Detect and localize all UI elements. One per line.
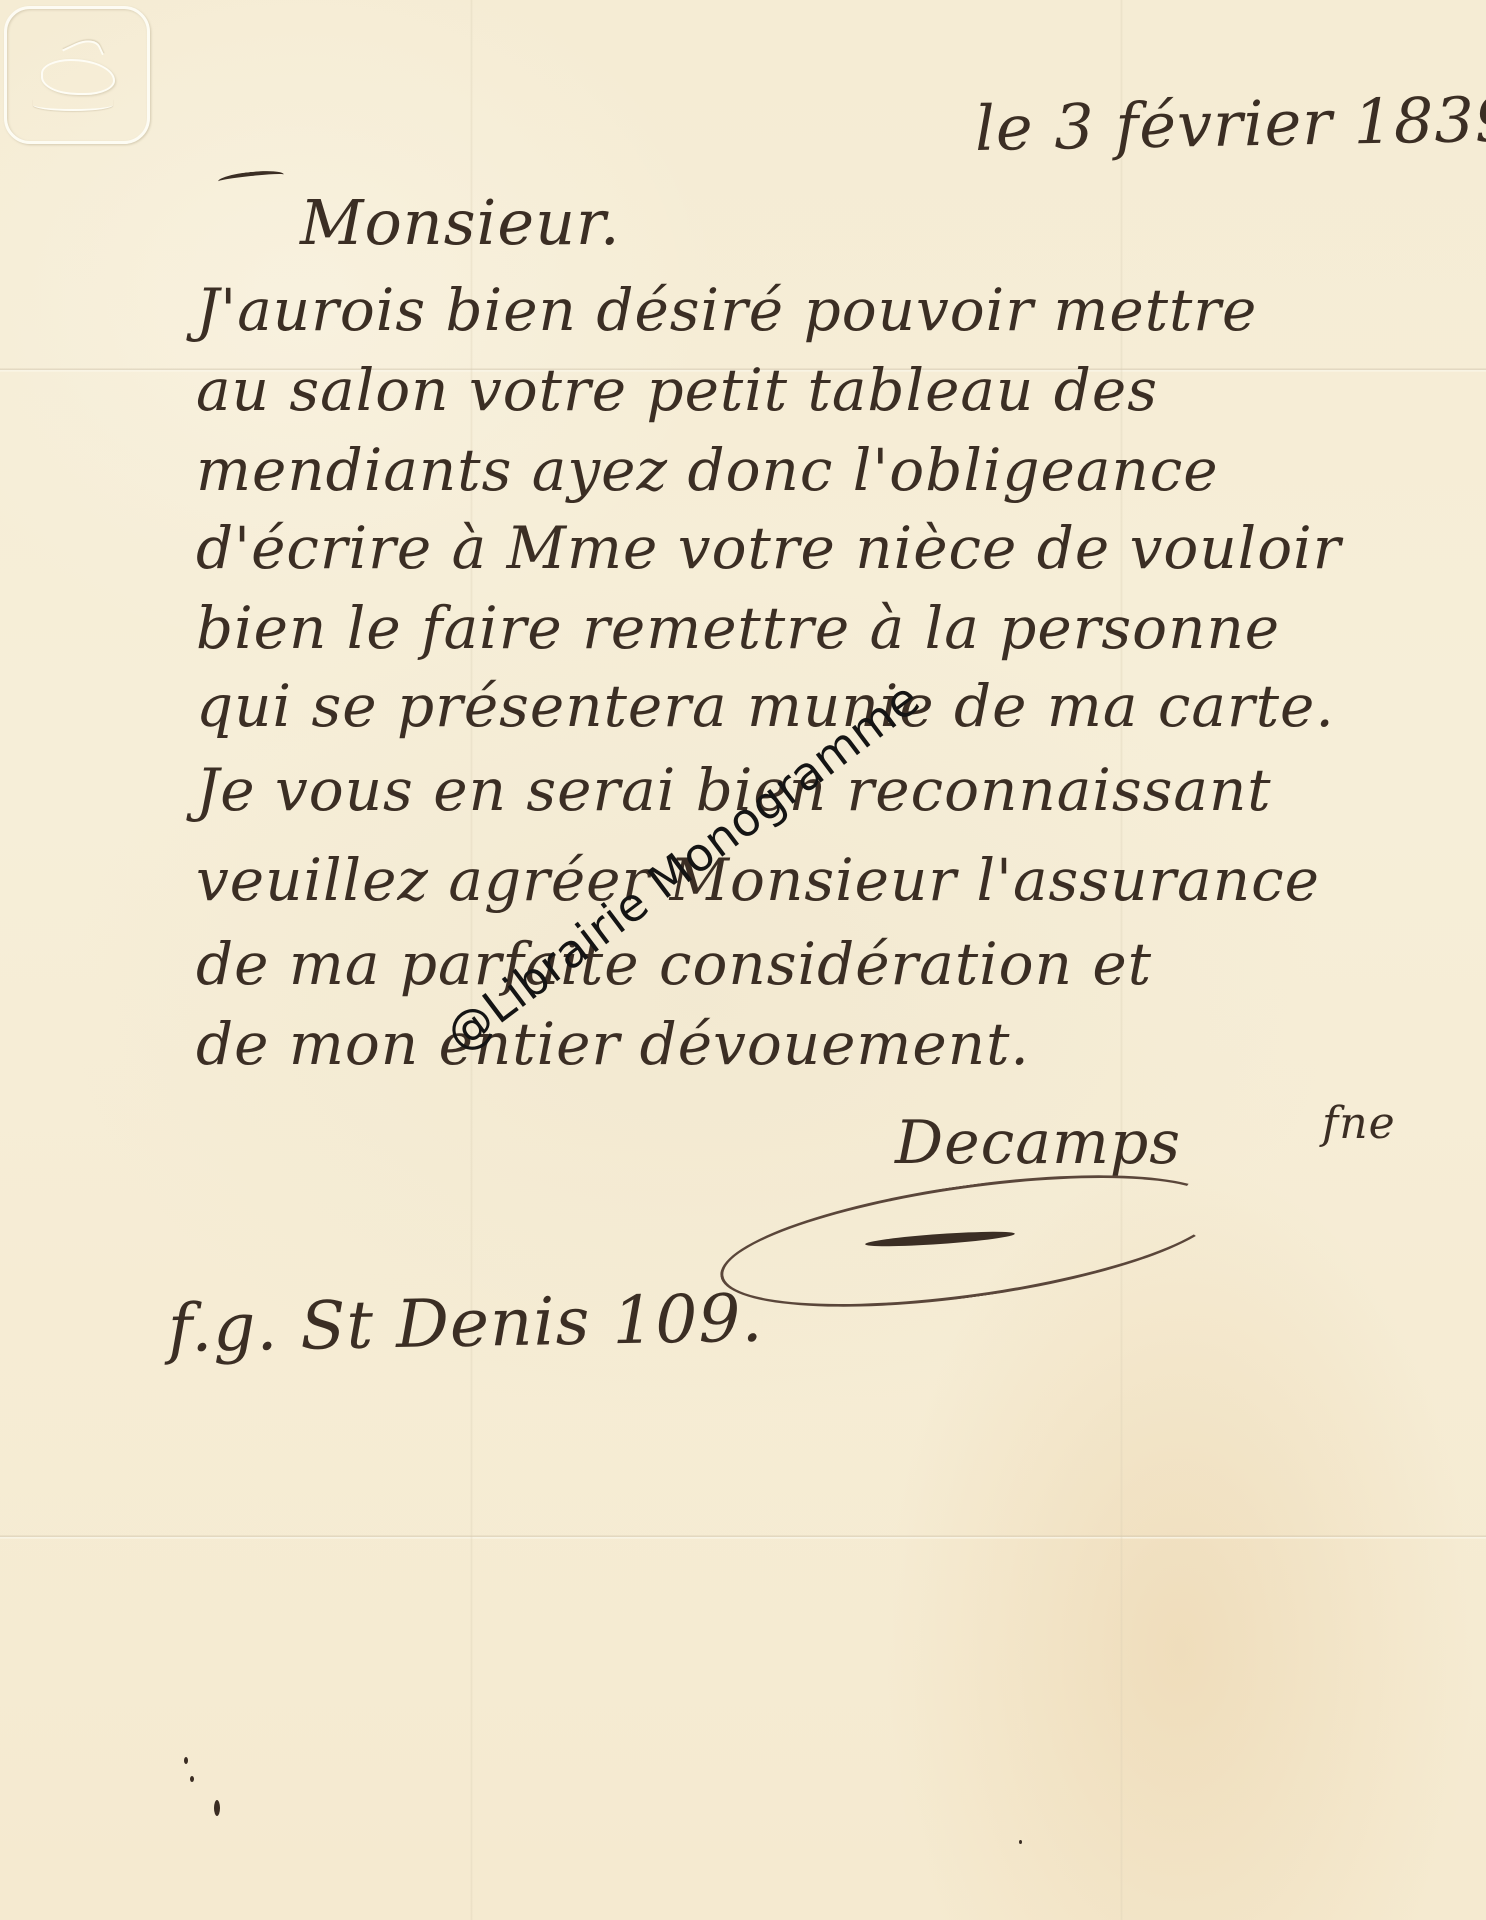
paper-fold-lower	[0, 1535, 1486, 1539]
sender-address: f.g. St Denis 109.	[167, 1280, 764, 1367]
embossed-stamp-icon	[4, 6, 150, 144]
signature-suffix: fne	[1322, 1098, 1396, 1149]
letter-paper: le 3 février 1839 Monsieur. J'aurois bie…	[0, 0, 1486, 1920]
salutation-flourish	[218, 169, 285, 188]
body-line: au salon votre petit tableau des	[196, 356, 1158, 424]
ink-spot	[190, 1776, 194, 1782]
body-line: mendiants ayez donc l'obligeance	[196, 436, 1219, 504]
body-line: veuillez agréer Monsieur l'assurance	[196, 846, 1320, 914]
letter-signature: Decamps	[895, 1108, 1181, 1178]
body-line: de mon entier dévouement.	[196, 1010, 1030, 1078]
letter-dateline: le 3 février 1839	[974, 83, 1486, 165]
emboss-base	[33, 99, 113, 111]
body-line: qui se présentera munie de ma carte.	[196, 672, 1335, 740]
body-line: J'aurois bien désiré pouvoir mettre	[196, 276, 1257, 344]
letter-salutation: Monsieur.	[300, 186, 621, 259]
body-line: d'écrire à Mme votre nièce de vouloir	[196, 514, 1341, 582]
body-line: de ma parfaite considération et	[196, 930, 1152, 998]
body-line: bien le faire remettre à la personne	[196, 594, 1280, 662]
emboss-animal	[41, 59, 115, 95]
ink-spot	[1019, 1840, 1022, 1844]
ink-spot	[184, 1757, 188, 1764]
ink-spot	[214, 1800, 220, 1816]
